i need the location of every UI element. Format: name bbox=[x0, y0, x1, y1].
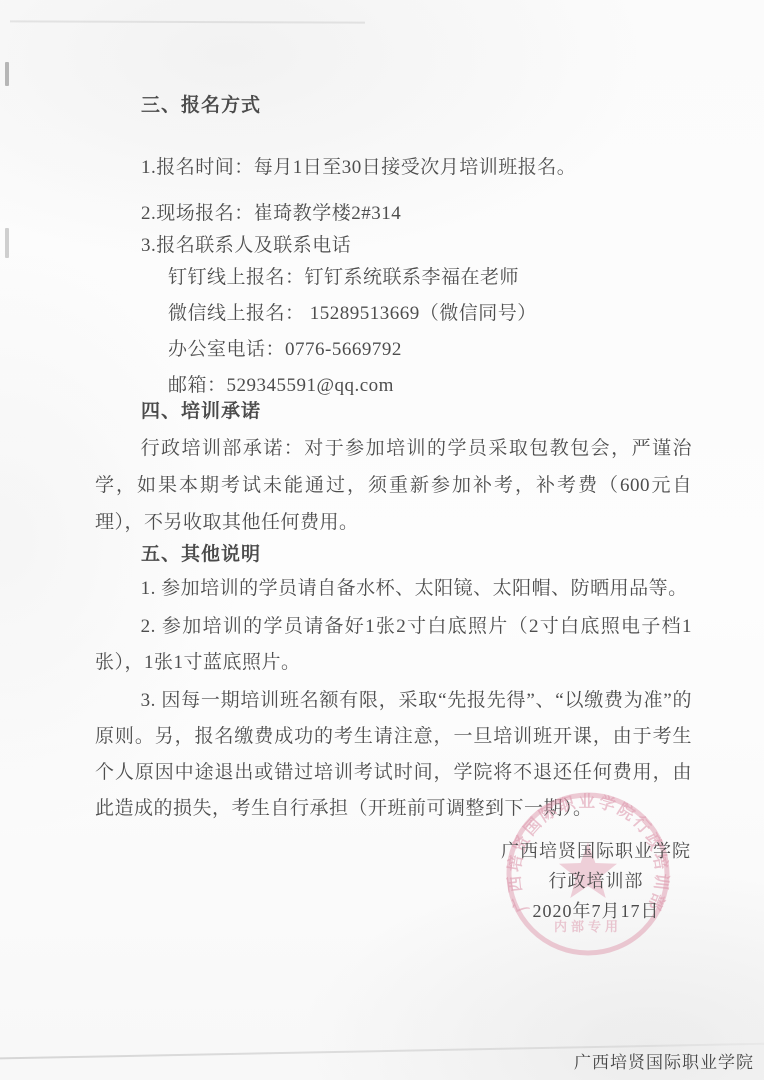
contact-wechat: 微信线上报名： 15289513669（微信同号） bbox=[168, 302, 692, 326]
signature-date: 2020年7月17日 bbox=[478, 896, 714, 926]
signature-block: 广西培贤国际职业学院 行政培训部 2020年7月17日 bbox=[478, 836, 714, 926]
contact-email: 邮箱：529345591@qq.com bbox=[168, 374, 692, 398]
signature-department: 行政培训部 bbox=[478, 866, 714, 896]
notes-item-1: 1. 参加培训的学员请自备水杯、太阳镜、太阳帽、防晒用品等。 bbox=[95, 571, 692, 607]
registration-item-location: 2.现场报名：崔琦教学楼2#314 bbox=[141, 202, 692, 226]
signature-organization: 广西培贤国际职业学院 bbox=[478, 836, 714, 866]
section-heading-notes: 五、其他说明 bbox=[141, 541, 692, 569]
contact-list: 钉钉线上报名：钉钉系统联系李福在老师 微信线上报名： 15289513669（微… bbox=[168, 266, 692, 398]
footer-watermark: 广西培贤国际职业学院 bbox=[574, 1048, 754, 1073]
section-heading-commitment: 四、培训承诺 bbox=[141, 398, 692, 426]
scanned-document-page: 三、报名方式 1.报名时间：每月1日至30日接受次月培训班报名。 2.现场报名：… bbox=[0, 0, 764, 1080]
section-heading-registration: 三、报名方式 bbox=[141, 92, 692, 120]
document-body: 三、报名方式 1.报名时间：每月1日至30日接受次月培训班报名。 2.现场报名：… bbox=[0, 0, 764, 827]
contact-dingtalk: 钉钉线上报名：钉钉系统联系李福在老师 bbox=[168, 266, 692, 290]
commitment-paragraph: 行政培训部承诺：对于参加培训的学员采取包教包会，严谨治学，如果本期考试未能通过，… bbox=[95, 430, 692, 541]
registration-item-time: 1.报名时间：每月1日至30日接受次月培训班报名。 bbox=[141, 156, 692, 180]
contact-office-phone: 办公室电话：0776-5669792 bbox=[168, 338, 692, 362]
registration-item-contacts: 3.报名联系人及联系电话 bbox=[141, 234, 692, 258]
notes-item-2: 2. 参加培训的学员请备好1张2寸白底照片（2寸白底照电子档1张），1张1寸蓝底… bbox=[95, 609, 692, 681]
